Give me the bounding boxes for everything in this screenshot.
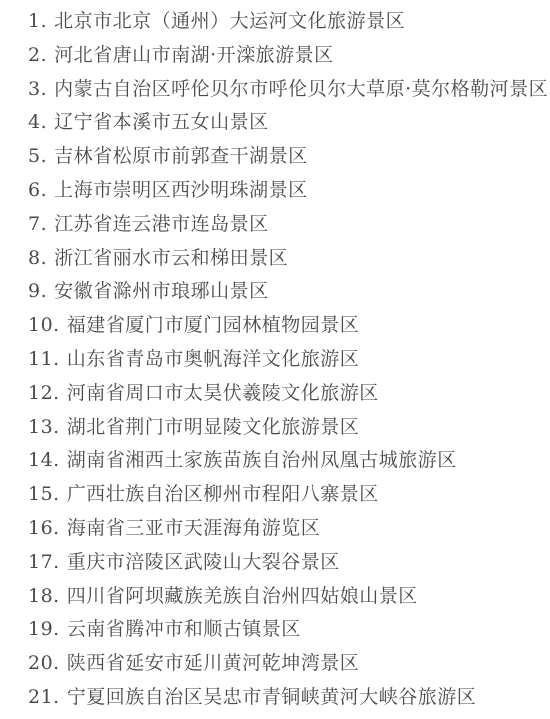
item-text: 山东省青岛市奥帆海洋文化旅游区 bbox=[67, 348, 360, 370]
item-text: 浙江省丽水市云和梯田景区 bbox=[54, 247, 288, 269]
item-number: 9. bbox=[28, 280, 47, 302]
list-item: 3.内蒙古自治区呼伦贝尔市呼伦贝尔大草原·莫尔格勒河景区 bbox=[28, 73, 540, 107]
item-text: 辽宁省本溪市五女山景区 bbox=[54, 111, 269, 133]
item-number: 20. bbox=[28, 652, 60, 674]
item-number: 14. bbox=[28, 449, 60, 471]
item-text: 上海市崇明区西沙明珠湖景区 bbox=[54, 179, 308, 201]
list-item: 2.河北省唐山市南湖·开滦旅游景区 bbox=[28, 39, 540, 73]
list-item: 7.江苏省连云港市连岛景区 bbox=[28, 208, 540, 242]
item-number: 7. bbox=[28, 213, 47, 235]
list-item: 8.浙江省丽水市云和梯田景区 bbox=[28, 242, 540, 276]
item-text: 四川省阿坝藏族羌族自治州四姑娘山景区 bbox=[67, 585, 418, 607]
item-text: 陕西省延安市延川黄河乾坤湾景区 bbox=[67, 652, 360, 674]
list-item: 6.上海市崇明区西沙明珠湖景区 bbox=[28, 174, 540, 208]
item-number: 16. bbox=[28, 517, 60, 539]
list-item: 18.四川省阿坝藏族羌族自治州四姑娘山景区 bbox=[28, 580, 540, 614]
list-item: 16.海南省三亚市天涯海角游览区 bbox=[28, 512, 540, 546]
item-number: 4. bbox=[28, 111, 47, 133]
item-number: 18. bbox=[28, 585, 60, 607]
item-text: 福建省厦门市厦门园林植物园景区 bbox=[67, 314, 360, 336]
list-item: 12.河南省周口市太昊伏羲陵文化旅游区 bbox=[28, 377, 540, 411]
item-number: 13. bbox=[28, 416, 60, 438]
item-number: 12. bbox=[28, 382, 60, 404]
list-item: 19.云南省腾冲市和顺古镇景区 bbox=[28, 613, 540, 647]
list-item: 17.重庆市涪陵区武陵山大裂谷景区 bbox=[28, 546, 540, 580]
item-text: 宁夏回族自治区吴忠市青铜峡黄河大峡谷旅游区 bbox=[67, 686, 477, 708]
item-number: 8. bbox=[28, 247, 47, 269]
list-item: 11.山东省青岛市奥帆海洋文化旅游区 bbox=[28, 343, 540, 377]
item-text: 重庆市涪陵区武陵山大裂谷景区 bbox=[67, 551, 340, 573]
item-text: 湖北省荆门市明显陵文化旅游景区 bbox=[67, 416, 360, 438]
item-text: 北京市北京（通州）大运河文化旅游景区 bbox=[54, 10, 405, 32]
item-text: 广西壮族自治区柳州市程阳八寨景区 bbox=[67, 483, 379, 505]
list-item: 5.吉林省松原市前郭查干湖景区 bbox=[28, 140, 540, 174]
item-number: 11. bbox=[28, 348, 60, 370]
item-number: 3. bbox=[28, 78, 47, 100]
item-number: 21. bbox=[28, 686, 60, 708]
item-number: 15. bbox=[28, 483, 60, 505]
list-item: 13.湖北省荆门市明显陵文化旅游景区 bbox=[28, 411, 540, 445]
document-page: 1.北京市北京（通州）大运河文化旅游景区 2.河北省唐山市南湖·开滦旅游景区 3… bbox=[0, 0, 550, 719]
list-item: 4.辽宁省本溪市五女山景区 bbox=[28, 106, 540, 140]
scenic-area-list: 1.北京市北京（通州）大运河文化旅游景区 2.河北省唐山市南湖·开滦旅游景区 3… bbox=[28, 5, 540, 715]
item-text: 吉林省松原市前郭查干湖景区 bbox=[54, 145, 308, 167]
item-text: 内蒙古自治区呼伦贝尔市呼伦贝尔大草原·莫尔格勒河景区 bbox=[54, 78, 548, 100]
list-item: 20.陕西省延安市延川黄河乾坤湾景区 bbox=[28, 647, 540, 681]
item-text: 河南省周口市太昊伏羲陵文化旅游区 bbox=[67, 382, 379, 404]
item-text: 云南省腾冲市和顺古镇景区 bbox=[67, 618, 301, 640]
item-number: 10. bbox=[28, 314, 60, 336]
list-item: 21.宁夏回族自治区吴忠市青铜峡黄河大峡谷旅游区 bbox=[28, 681, 540, 715]
list-item: 9.安徽省滁州市琅琊山景区 bbox=[28, 275, 540, 309]
item-text: 海南省三亚市天涯海角游览区 bbox=[67, 517, 321, 539]
list-item: 14.湖南省湘西土家族苗族自治州凤凰古城旅游区 bbox=[28, 444, 540, 478]
list-item: 1.北京市北京（通州）大运河文化旅游景区 bbox=[28, 5, 540, 39]
item-number: 6. bbox=[28, 179, 47, 201]
item-text: 湖南省湘西土家族苗族自治州凤凰古城旅游区 bbox=[67, 449, 457, 471]
list-item: 15.广西壮族自治区柳州市程阳八寨景区 bbox=[28, 478, 540, 512]
item-number: 2. bbox=[28, 44, 47, 66]
item-number: 1. bbox=[28, 10, 47, 32]
list-item: 10.福建省厦门市厦门园林植物园景区 bbox=[28, 309, 540, 343]
item-text: 河北省唐山市南湖·开滦旅游景区 bbox=[54, 44, 334, 66]
item-text: 安徽省滁州市琅琊山景区 bbox=[54, 280, 269, 302]
item-text: 江苏省连云港市连岛景区 bbox=[54, 213, 269, 235]
item-number: 19. bbox=[28, 618, 60, 640]
item-number: 5. bbox=[28, 145, 47, 167]
item-number: 17. bbox=[28, 551, 60, 573]
